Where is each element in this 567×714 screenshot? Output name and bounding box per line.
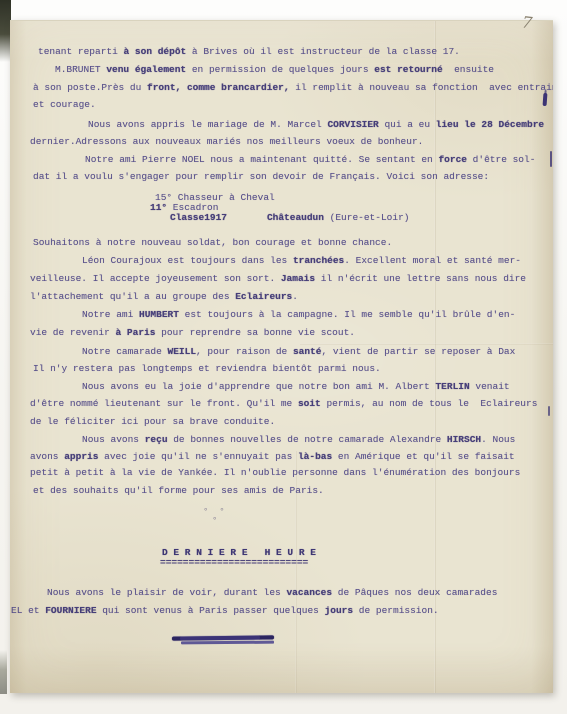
text-segment: dernier.Adressons aux nouveaux mariés no…: [30, 136, 423, 147]
overstruck-text: front, comme brancardier,: [147, 82, 290, 93]
text-segment: Nous avons appris le mariage de M. Marce…: [88, 119, 327, 130]
text-segment: est toujours à la campagne. Il me semble…: [179, 309, 515, 320]
overstruck-text: soit: [298, 398, 321, 409]
text-segment: avec joie qu'il ne s'ennuyait pas: [98, 451, 298, 462]
overstruck-text: jours: [325, 605, 354, 616]
document-line: et des souhaits qu'il forme pour ses ami…: [33, 485, 324, 497]
text-segment: .: [292, 291, 298, 302]
overstruck-text: à Paris: [116, 327, 156, 338]
document-line: Nous avons le plaisir de voir, durant le…: [47, 587, 497, 599]
overstruck-text: CORVISIER: [327, 119, 378, 130]
overstruck-text: FOURNIERE: [45, 605, 96, 616]
document-line: Notre ami HUMBERT est toujours à la camp…: [82, 309, 515, 321]
text-segment: d'être nommé lieutenant sur le front. Qu…: [30, 398, 298, 409]
text-segment: qui sont venus à Paris passer quelques: [97, 605, 325, 616]
document-line: de le féliciter ici pour sa brave condui…: [30, 416, 275, 428]
text-segment: pour reprendre sa bonne vie scout.: [155, 327, 355, 338]
document-line: dat il a voulu s'engager pour remplir so…: [33, 171, 489, 183]
overstruck-text: force: [438, 154, 467, 165]
document-line: d'être nommé lieutenant sur le front. Qu…: [30, 398, 537, 410]
text-segment: d'être sol-: [467, 154, 535, 165]
text-segment: . Excellent moral et santé mer-: [344, 255, 521, 266]
overstruck-text: HIRSCH: [447, 434, 481, 445]
text-segment: dat il a voulu s'engager pour remplir so…: [33, 171, 489, 182]
text-segment: qui a eu: [379, 119, 436, 130]
overstruck-text: WEILL: [168, 346, 197, 357]
text-segment: °: [212, 516, 217, 526]
text-segment: [227, 212, 267, 223]
overstruck-text: vacances: [286, 587, 332, 598]
overstruck-text: TERLIN: [435, 381, 469, 392]
overstruck-text: 11°: [150, 202, 167, 213]
overstruck-text: là-bas: [298, 451, 332, 462]
document-line: petit à petit à la vie de Yankée. Il n'o…: [30, 467, 520, 479]
overstrike-line-bottom: [181, 641, 274, 644]
text-segment: en permission de quelques jours: [186, 64, 374, 75]
paper: tenant reparti à son dépôt à Brives où i…: [10, 20, 553, 693]
overstruck-text: HUMBERT: [139, 309, 179, 320]
text-segment: et des souhaits qu'il forme pour ses ami…: [33, 485, 324, 496]
overstruck-text: lieu le 28 Décembre: [436, 119, 544, 130]
text-segment: en Amérique et qu'il se faisait: [332, 451, 514, 462]
overstruck-text: tranchées: [293, 255, 344, 266]
text-segment: (Eure-et-Loir): [324, 212, 410, 223]
overstruck-text: Jamais: [281, 273, 315, 284]
overstruck-text: Châteaudun: [267, 212, 324, 223]
document-line: EL et FOURNIERE qui sont venus à Paris p…: [11, 605, 439, 617]
document-line: tenant reparti à son dépôt à Brives où i…: [38, 46, 460, 58]
text-segment: . Nous: [481, 434, 515, 445]
text-segment: ==========================: [160, 557, 308, 568]
text-segment: il n'écrit une lettre sans nous dire: [315, 273, 526, 284]
text-segment: permis, au nom de tous le Eclaireurs: [321, 398, 538, 409]
ink-blot: [548, 406, 550, 416]
document-line: veilleuse. Il accepte joyeusement son so…: [30, 273, 526, 285]
text-segment: à son poste.Près du: [33, 82, 147, 93]
text-segment: de bonnes nouvelles de notre camarade Al…: [168, 434, 447, 445]
document-line: Classe1917 Châteaudun (Eure-et-Loir): [170, 212, 409, 224]
overstruck-text: venu également: [106, 64, 186, 75]
text-segment: et courage.: [33, 99, 96, 110]
document-line: Notre ami Pierre NOEL nous a maintenant …: [85, 154, 535, 166]
text-segment: de Pâques nos deux camarades: [332, 587, 497, 598]
section-heading-underline: ==========================: [160, 557, 308, 569]
text-segment: Léon Courajoux est toujours dans les: [82, 255, 293, 266]
document-line: avons appris avec joie qu'il ne s'ennuya…: [30, 451, 515, 463]
text-segment: de permission.: [353, 605, 439, 616]
text-segment: Nous avons: [82, 434, 145, 445]
text-segment: l'attachement qu'il a au groupe des: [30, 291, 235, 302]
overstrike-mark: [172, 635, 280, 647]
document-line: Nous avons reçu de bonnes nouvelles de n…: [82, 434, 515, 446]
text-segment: veilleuse. Il accepte joyeusement son so…: [30, 273, 281, 284]
text-segment: Nous avons le plaisir de voir, durant le…: [47, 587, 286, 598]
text-segment: tenant reparti: [38, 46, 124, 57]
overstruck-text: santé: [293, 346, 322, 357]
scanned-page-background: tenant reparti à son dépôt à Brives où i…: [0, 0, 567, 714]
document-line: Nous avons appris le mariage de M. Marce…: [88, 119, 544, 131]
overstruck-text: reçu: [145, 434, 168, 445]
overstruck-text: à son dépôt: [124, 46, 187, 57]
document-line: l'attachement qu'il a au groupe des Ecla…: [30, 291, 298, 303]
text-segment: , vient de partir se reposer à Dax: [321, 346, 515, 357]
document-line: dernier.Adressons aux nouveaux mariés no…: [30, 136, 423, 148]
typewritten-text: tenant reparti à son dépôt à Brives où i…: [10, 20, 553, 693]
text-segment: Nous avons eu la joie d'apprendre que no…: [82, 381, 435, 392]
document-line: Notre camarade WEILL, pour raison de san…: [82, 346, 515, 358]
document-line: Souhaitons à notre nouveau soldat, bon c…: [33, 237, 392, 249]
text-segment: Notre camarade: [82, 346, 168, 357]
overstruck-text: Eclaireurs: [235, 291, 292, 302]
document-line: et courage.: [33, 99, 96, 111]
text-segment: vie de revenir: [30, 327, 116, 338]
text-segment: M.BRUNET: [55, 64, 106, 75]
text-segment: avons: [30, 451, 64, 462]
text-segment: il remplit à nouveau sa fonction avec en…: [290, 82, 553, 93]
document-line: vie de revenir à Paris pour reprendre sa…: [30, 327, 355, 339]
text-segment: ensuite: [443, 64, 494, 75]
document-line: à son poste.Près du front, comme brancar…: [33, 82, 553, 94]
text-segment: , pour raison de: [196, 346, 293, 357]
overstruck-text: est retourné: [374, 64, 442, 75]
text-segment: Notre ami: [82, 309, 139, 320]
text-segment: de le féliciter ici pour sa brave condui…: [30, 416, 275, 427]
text-segment: EL et: [11, 605, 45, 616]
overstruck-text: Classe1917: [170, 212, 227, 223]
document-line: Nous avons eu la joie d'apprendre que no…: [82, 381, 510, 393]
document-line: Léon Courajoux est toujours dans les tra…: [82, 255, 521, 267]
text-segment: à Brives où il est instructeur de la cla…: [186, 46, 460, 57]
document-line: M.BRUNET venu également en permission de…: [55, 64, 494, 76]
overstruck-text: appris: [64, 451, 98, 462]
text-segment: Il n'y restera pas longtemps et reviendr…: [33, 363, 381, 374]
text-segment: Notre ami Pierre NOEL nous a maintenant …: [85, 154, 438, 165]
text-segment: petit à petit à la vie de Yankée. Il n'o…: [30, 467, 520, 478]
separator-asterisks: °: [212, 515, 217, 527]
binder-edge-shadow-bottom: [0, 650, 7, 694]
text-segment: Souhaitons à notre nouveau soldat, bon c…: [33, 237, 392, 248]
text-segment: venait: [470, 381, 510, 392]
document-line: Il n'y restera pas longtemps et reviendr…: [33, 363, 381, 375]
ink-blot: [550, 151, 552, 167]
